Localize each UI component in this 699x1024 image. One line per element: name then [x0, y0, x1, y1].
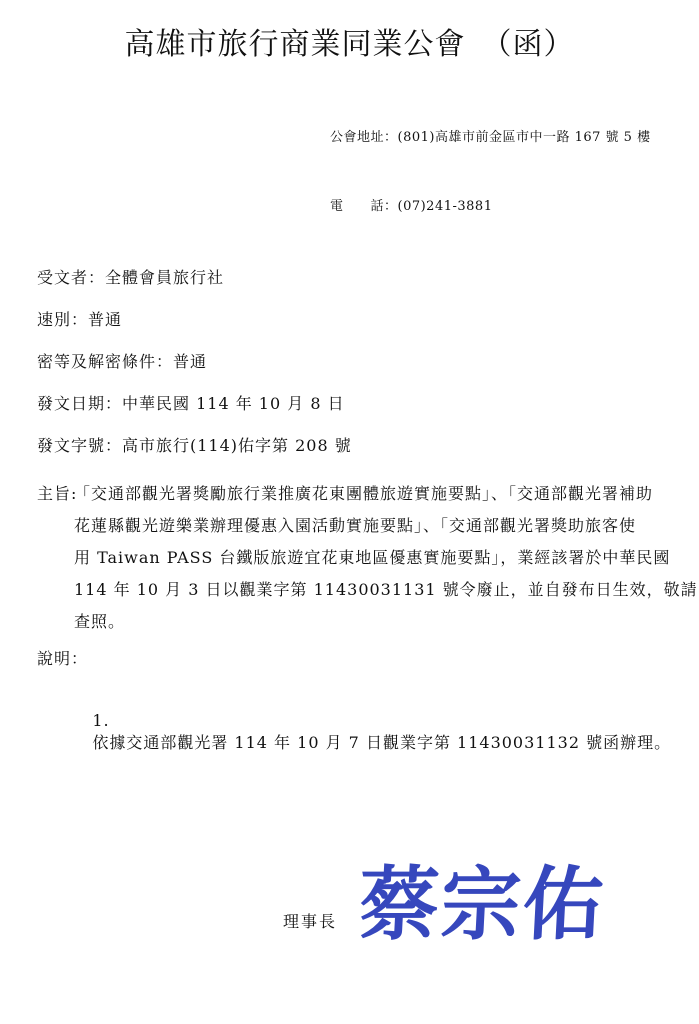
field-speed: 速別：普通 — [37, 310, 662, 330]
explanation-label: 說明： — [37, 648, 662, 670]
field-recipient: 受文者：全體會員旅行社 — [37, 268, 662, 288]
subject-line: 114 年 10 月 3 日以觀業字第 11430031131 號令廢止，並自發… — [74, 574, 662, 606]
subject-section: 主旨: 「交通部觀光署獎勵旅行業推廣花東團體旅遊實施要點」、「交通部觀光署補助 … — [37, 478, 662, 638]
association-phone: 電 話：(07)241-3881 — [330, 195, 662, 218]
association-address: 公會地址：(801)高雄市前金區市中一路 167 號 5 樓 — [330, 126, 662, 149]
field-security: 密等及解密條件：普通 — [37, 352, 662, 372]
contact-block: 公會地址：(801)高雄市前金區市中一路 167 號 5 樓 電 話：(07)2… — [330, 80, 662, 264]
subject-line: 查照。 — [74, 606, 662, 638]
subject-line: 用 Taiwan PASS 台鐵版旅遊宜花東地區優惠實施要點」，業經該署於中華民… — [74, 542, 662, 574]
subject-line: 「交通部觀光署獎勵旅行業推廣花東團體旅遊實施要點」、「交通部觀光署補助 — [74, 478, 662, 510]
explanation-item-text: 依據交通部觀光署 114 年 10 月 7 日觀業字第 11430031132 … — [92, 733, 671, 752]
subject-label: 主旨: — [37, 478, 77, 510]
official-letter-page: 高雄市旅行商業同業公會 （函） 公會地址：(801)高雄市前金區市中一路 167… — [0, 0, 699, 1024]
document-title: 高雄市旅行商業同業公會 （函） — [37, 22, 662, 64]
field-issue-date: 發文日期：中華民國 114 年 10 月 8 日 — [37, 394, 662, 414]
explanation-item: 1. 依據交通部觀光署 114 年 10 月 7 日觀業字第 114300311… — [37, 688, 662, 776]
signature-section: 理事長 蔡宗佑 — [37, 854, 662, 954]
signature-title: 理事長 — [283, 909, 337, 932]
header-fields: 受文者：全體會員旅行社 速別：普通 密等及解密條件：普通 發文日期：中華民國 1… — [37, 268, 662, 456]
signature-name: 蔡宗佑 — [356, 854, 607, 954]
field-reference-number: 發文字號：高市旅行(114)佑字第 208 號 — [37, 436, 662, 456]
explanation-item-number: 1. — [92, 711, 109, 730]
subject-line: 花蓮縣觀光遊樂業辦理優惠入園活動實施要點」、「交通部觀光署獎助旅客使 — [74, 510, 662, 542]
